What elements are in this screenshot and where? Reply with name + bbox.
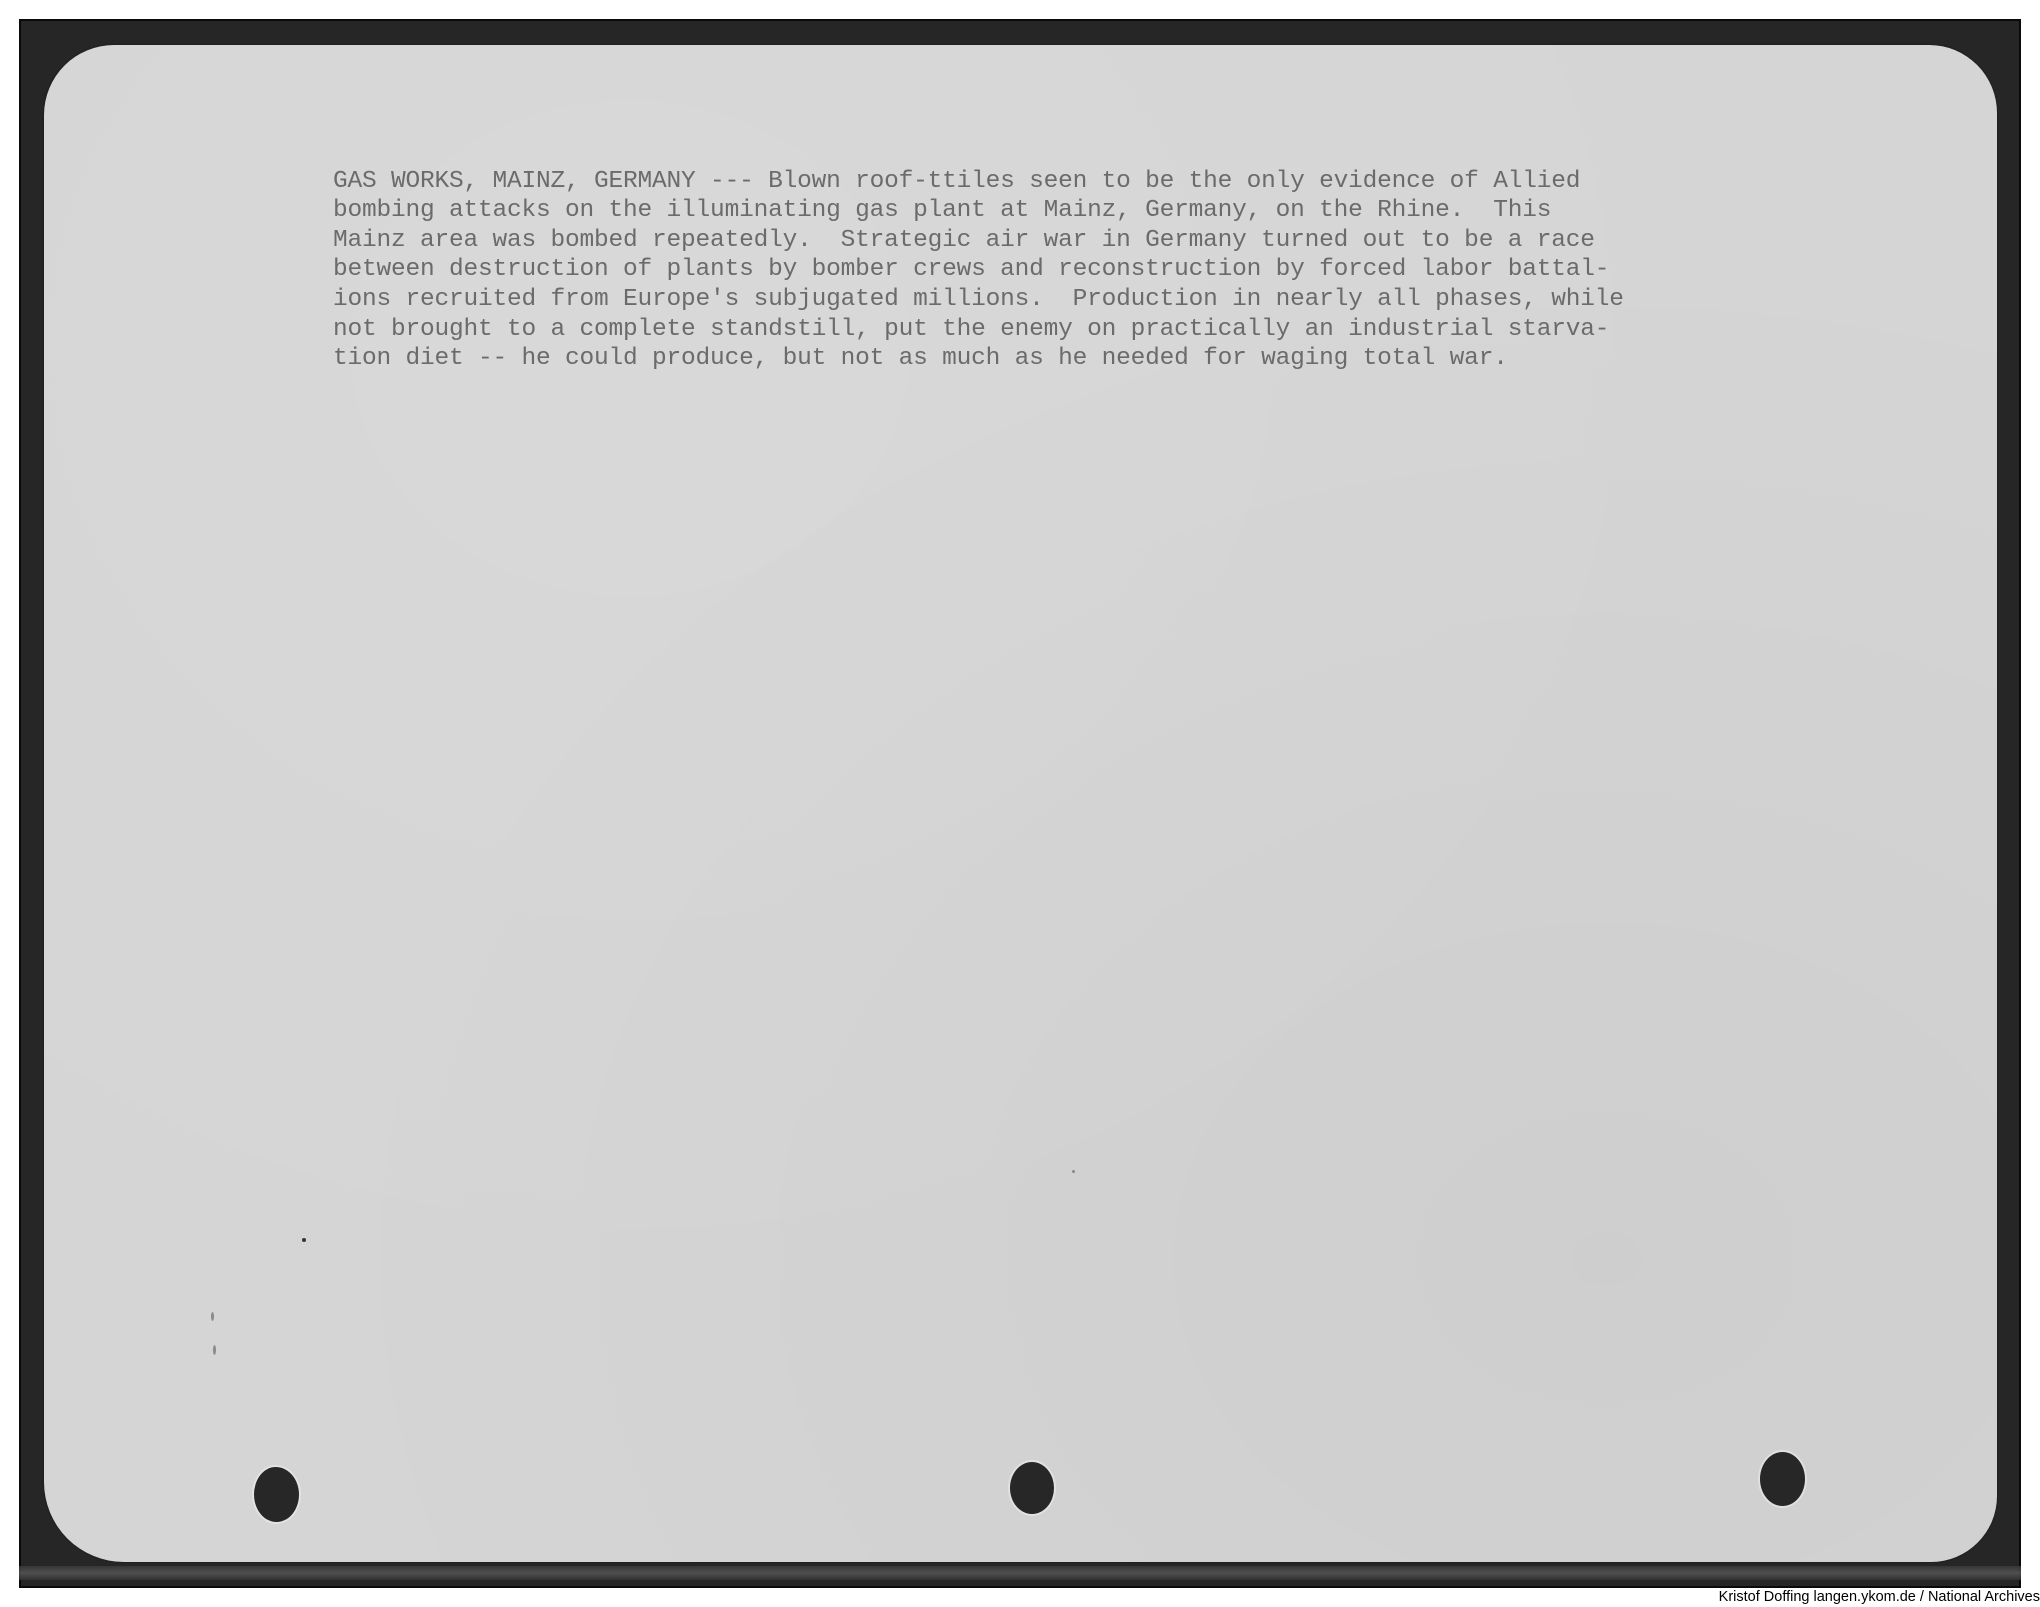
paper-speck <box>213 1345 216 1355</box>
caption-line: not brought to a complete standstill, pu… <box>333 315 1624 345</box>
caption-line: bombing attacks on the illuminating gas … <box>333 196 1624 226</box>
paper-speck <box>1072 1170 1075 1173</box>
paper-speck <box>302 1238 306 1242</box>
punch-hole-middle <box>1010 1462 1054 1514</box>
caption-line: GAS WORKS, MAINZ, GERMANY --- Blown roof… <box>333 167 1624 197</box>
caption-line: Mainz area was bombed repeatedly. Strate… <box>333 226 1624 256</box>
caption-line: ions recruited from Europe's subjugated … <box>333 285 1624 315</box>
caption-line: tion diet -- he could produce, but not a… <box>333 344 1624 374</box>
punch-hole-left <box>254 1467 299 1522</box>
caption-line: between destruction of plants by bomber … <box>333 255 1624 285</box>
punch-hole-right <box>1760 1452 1805 1506</box>
paper-speck <box>211 1312 214 1321</box>
image-credit: Kristof Doffing langen.ykom.de / Nationa… <box>1719 1589 2040 1606</box>
typewritten-caption: GAS WORKS, MAINZ, GERMANY --- Blown roof… <box>333 137 1624 374</box>
